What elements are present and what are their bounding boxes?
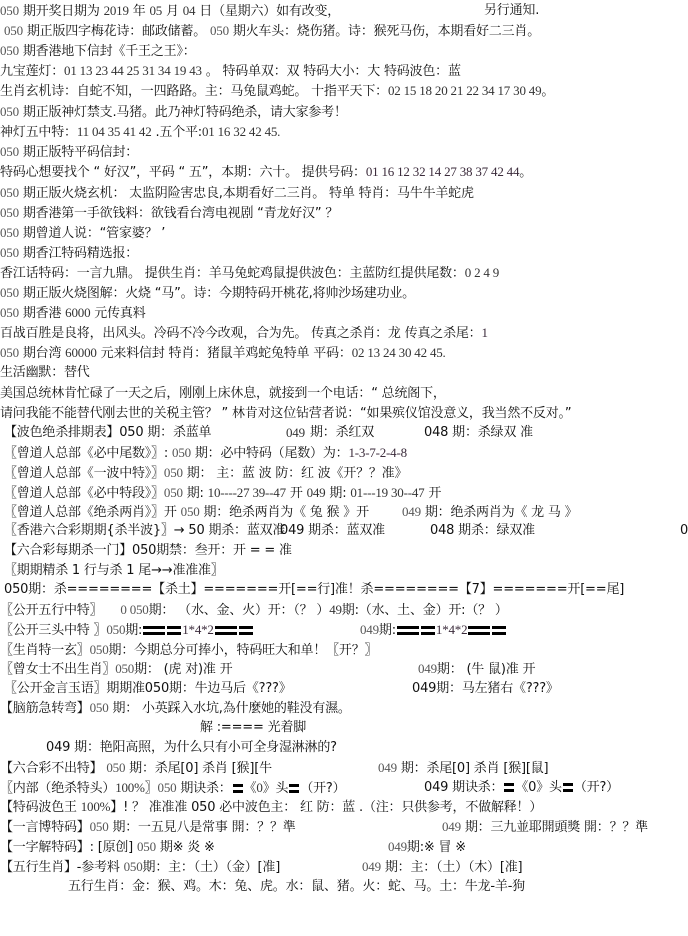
- period-number: 050: [124, 859, 143, 874]
- heads: 1*4*2: [436, 622, 468, 637]
- label: 〖内部（绝杀特头）: [0, 781, 115, 796]
- notice-text: 另行通知.: [484, 2, 539, 20]
- text: 特码心想要找个 “ 好汉”，平码 “ 五”，本期：六十。 提供号码：: [0, 165, 366, 180]
- period-048: 048 期：杀绿双 准: [424, 424, 533, 442]
- period-number: 050: [0, 225, 19, 240]
- line-teaser-answer: 解 :==== 光着脚: [200, 719, 306, 737]
- period-050: 〖公开金言玉语〗期期准050期：牛边马后《???》: [4, 680, 292, 698]
- line-nine-lotus: 九宝莲灯：01 13 23 44 25 31 34 19 43 。 特码单双：双…: [0, 62, 461, 80]
- text: 】! ？ 准准准 050 必中波色主： 红 防：蓝 .（注：只供参考，不做解释！…: [110, 800, 542, 815]
- period-050: 〖香港六合彩期期{杀半波}〗→ 50 期杀：蓝双准: [4, 522, 285, 540]
- bar-icon: [215, 626, 237, 635]
- label: 〖曾道人总部《一波中特》〗: [4, 466, 164, 481]
- text: 》头: [263, 781, 289, 796]
- period-number: 050: [0, 3, 19, 18]
- period-number: 050: [164, 485, 183, 500]
- label: 【特码波色王: [0, 800, 81, 815]
- amount: 6000: [65, 305, 90, 320]
- period-number: 050: [0, 185, 19, 200]
- text: 元传真料: [90, 306, 145, 321]
- line-zodiac-mystery: 〖生肖特一玄〗050期：今期总分可捧小，特码旺大和单！〖开？〗: [0, 641, 377, 659]
- text: 期：一五見八是常事 開：？？準: [109, 820, 296, 835]
- text: 年: [129, 4, 150, 19]
- numbers: 01 16 12 32 14 27 38 37 42 44: [366, 164, 519, 179]
- tail-numbers: 1-3-7-2-4-8: [348, 445, 406, 460]
- period-number: 050: [0, 245, 19, 260]
- period-number: 049: [418, 661, 437, 676]
- text: 期台湾: [19, 346, 65, 361]
- text: 期正版神灯禁支.马猪。此乃神灯特码绝杀，请大家参考！: [19, 105, 347, 120]
- period-number: 050: [4, 23, 23, 38]
- bar-icon: [397, 626, 419, 635]
- text: 期： 小英踩入水坑,為什麼她的鞋没有濕。: [109, 701, 351, 716]
- text: 美国总统林肯忙碌了一天之后，刚刚上床休息，就接到一个电话：“ 总统阁下，: [0, 386, 446, 401]
- month: 05: [149, 3, 162, 18]
- amount: 60000: [65, 345, 97, 360]
- text: 月: [162, 4, 183, 19]
- text: 049 期诀杀：: [424, 780, 503, 795]
- line-five-elements: 〖公开五行中特〗 0 050期： （水、金、火）开：（？ ）49期:（水、土、金…: [0, 601, 508, 619]
- kill-tail: 1: [481, 325, 487, 340]
- text: 期:※ 冒 ※: [407, 840, 466, 855]
- line-lamp-five: 神灯五中特：11 04 35 41 42 .五个平:01 16 32 42 45…: [0, 123, 280, 141]
- text: 期火车头：烧伤猪。诗：猴死马伤，本期看好二三肖。: [229, 24, 540, 39]
- text: 期：绝杀两肖为《 龙 马 》: [421, 505, 578, 520]
- period-number: 050: [90, 700, 109, 715]
- text: 。 特码单双：双 特码大小：大 特码波色：蓝: [202, 64, 461, 79]
- text: 期： (牛 鼠)准 开: [437, 662, 535, 677]
- period-number: 050: [0, 305, 19, 320]
- label: 【一言博特码】: [0, 820, 90, 835]
- period-number: 049: [307, 485, 326, 500]
- period-number: 050: [0, 285, 19, 300]
- numbers: 01 13 23 44 25 31 34 19 43: [64, 63, 202, 78]
- period-number: 050: [115, 661, 134, 676]
- label: 〖曾道人总部《必中特段》〗: [4, 486, 164, 501]
- text: 〗: [145, 781, 158, 796]
- period-number: 050: [0, 144, 19, 159]
- line-taoist-says: 050 期曾道人说：“管家婆？ ’: [0, 224, 165, 242]
- label: 〖曾道人总部《绝杀两肖》〗开: [4, 505, 181, 520]
- text: （开?）: [574, 780, 619, 795]
- text: 期：杀尾[0] 杀肖 [猴][牛: [125, 761, 272, 776]
- period-number: 049: [442, 819, 461, 834]
- line-one-wave: 〖曾道人总部《一波中特》〗050 期： 主：蓝 波 防：红 波《开？？准》: [4, 464, 407, 482]
- period-number: 050: [158, 780, 177, 795]
- period-number: 050: [0, 205, 19, 220]
- line-five-element-legend: 五行生肖：金：猴、鸡。木：兔、虎。水：鼠、猪。火：蛇、马。土：牛龙-羊-狗: [68, 878, 525, 896]
- line-kill-one-gate: 【六合彩每期杀一门】050期禁：叁开：开 = = 准: [4, 542, 292, 560]
- year: 2019: [104, 3, 129, 18]
- line-hundred-battles: 百战百胜是良将，出风头。冷码不冷今改观，合为先。 传真之杀肖：龙 传真之杀尾：1: [0, 324, 488, 342]
- text: 期曾道人说：“管家婆？ ’: [19, 226, 165, 241]
- label: 九宝莲灯：: [0, 64, 64, 79]
- text: 生活幽默：替代: [0, 365, 90, 380]
- bar-icon: [167, 626, 181, 635]
- period-number: 049: [286, 424, 305, 442]
- text: 【六合彩每期杀一门】050期禁：叁开：开 = = 准: [4, 543, 292, 558]
- percent: 100%: [81, 799, 111, 814]
- line-plum-poem: 050 期正版四字梅花诗：邮政储蓄。 050 期火车头：烧伤猪。诗：猴死马伤，本…: [4, 22, 540, 40]
- period-number: 049: [362, 859, 381, 874]
- line-humor-2: 请问我能不能替代刚去世的关税主管？ ” 林肯对这位钻营者说：“如果殡仪馆没意义，…: [0, 405, 571, 423]
- period-050: 【波色绝杀排期表】050 期：杀蓝单: [4, 424, 211, 442]
- heads: 1*4*2: [182, 622, 214, 637]
- label: 【六合彩不出特】: [0, 761, 106, 776]
- text: 请问我能不能替代刚去世的关税主管？ ” 林肯对这位钻营者说：“如果殡仪馆没意义，…: [0, 406, 571, 421]
- label: 〖公开三头中特 〗: [0, 623, 106, 638]
- truncated-text: 0: [680, 522, 688, 540]
- tail-numbers: 0 2 4 9: [465, 265, 499, 280]
- text: 香江话特码：一言九鼎。 提供生肖：羊马兔蛇鸡鼠提供波色：主蓝防红提供尾数：: [0, 266, 465, 281]
- line-kill-row-tail: 〖期期精杀 1 行与杀 1 尾→→准准准〗: [4, 562, 224, 580]
- period-number: 050: [0, 104, 19, 119]
- period-number: 050: [0, 43, 19, 58]
- label: 【五行生肖】-参考料: [0, 860, 124, 875]
- line-humor-title: 生活幽默：替代: [0, 364, 90, 382]
- line-special-segment: 〖曾道人总部《必中特段》〗050 期: 10----27 39--47 开 04…: [4, 484, 441, 502]
- bar-icon: [239, 626, 253, 635]
- numbers: 11 04 35 41 42: [77, 124, 152, 139]
- numbers: 02 13 24 30 42 45.: [352, 345, 446, 360]
- line-taiwan-60000: 050 期台湾 60000 元来料信封 特肖：猪鼠羊鸡蛇兔特单 平码：02 13…: [0, 344, 446, 362]
- line-lamp-ban: 050 期正版神灯禁支.马猪。此乃神灯特码绝杀，请大家参考！: [0, 103, 347, 121]
- lottery-tips-document: 050 期开奖日期为 2019 年 05 月 04 日（星期六）如有改变，另行通…: [0, 0, 688, 936]
- line-hk-6000: 050 期香港 6000 元传真料: [0, 304, 146, 322]
- bar-icon: [421, 626, 435, 635]
- period-048: 048 期杀：绿双准: [430, 522, 535, 540]
- period-number: 050: [106, 622, 125, 637]
- text: 期：今期总分可捧小，特码旺大和单！〖开？〗: [109, 643, 378, 658]
- text: 期:: [325, 486, 350, 501]
- text: 解 :==== 光着脚: [200, 720, 306, 735]
- period-number: 049: [402, 504, 421, 519]
- text: 五行生肖：金：猴、鸡。木：兔、虎。水：鼠、猪。火：蛇、马。土：牛龙-羊-狗: [68, 879, 525, 894]
- label: 〖曾女士不出生肖〗: [0, 662, 115, 677]
- text: 〖期期精杀 1 行与杀 1 尾→→准准准〗: [4, 563, 224, 578]
- period-number: 049: [378, 760, 397, 775]
- text: 《0》头: [515, 780, 561, 795]
- line-hk-first-hand: 050 期香港第一手欲钱料：欲钱看台湾电视剧 “青龙好汉” ？: [0, 204, 338, 222]
- percent: 100%: [115, 780, 145, 795]
- label: 【一字解特码】: [原创]: [0, 840, 137, 855]
- label: 【脑筋急转弯】: [0, 701, 90, 716]
- text: 期香港第一手欲钱料：欲钱看台湾电视剧 “青龙好汉” ？: [19, 206, 338, 221]
- text: 050期：杀========【杀土】=======开[==行]准！杀======…: [4, 582, 624, 597]
- period-number: 050: [210, 23, 229, 38]
- line-teaser-049: 049 期：艳阳高照，为什么只有小可全身湿淋淋的?: [46, 739, 337, 757]
- range: 10----27 39--47: [208, 485, 286, 500]
- label: 〖公开五行中特〗: [0, 603, 106, 618]
- text: 期：主：（土）（金）[准]: [143, 860, 281, 875]
- period-number: 0 050: [120, 602, 148, 617]
- text: .五个平:: [152, 125, 202, 140]
- text: 期： （水、金、火）开：（？ ）: [149, 603, 330, 618]
- period-049: 期：杀红双: [310, 424, 374, 442]
- line-fire-mystery: 050 期正版火烧玄机： 太监阴险害忠良,本期看好二三肖。 特单 特肖：马牛牛羊…: [0, 184, 474, 202]
- bar-icon: [504, 783, 514, 792]
- text: 期香港: [19, 306, 65, 321]
- line-xiangjiang-words: 香江话特码：一言九鼎。 提供生肖：羊马兔蛇鸡鼠提供波色：主蓝防红提供尾数：0 2…: [0, 264, 499, 282]
- text: 期※ 炎 ※: [156, 840, 215, 855]
- period-number: 050: [181, 504, 200, 519]
- line-tail-numbers: 〖曾道人总部《必中尾数》〗: 050 期：必中特码（尾数）为：1-3-7-2-4…: [4, 444, 407, 462]
- text: 开: [286, 486, 307, 501]
- label: 〖曾道人总部《必中尾数》〗:: [4, 446, 172, 461]
- text: 期:: [183, 486, 208, 501]
- period-number: 050: [164, 465, 183, 480]
- period-049: 049期：马左猪右《???》: [412, 680, 559, 698]
- period-number: 050: [90, 819, 109, 834]
- label: 神灯五中特：: [0, 125, 77, 140]
- line-zodiac-poem: 生肖玄机诗：自蛇不知，一四路路。主：马兔鼠鸡蛇。 十指平天下：02 15 18 …: [0, 82, 554, 100]
- line-humor-1: 美国总统林肯忙碌了一天之后，刚刚上床休息，就接到一个电话：“ 总统阁下，: [0, 385, 446, 403]
- numbers: 02 15 18 20 21 22 34 17 30 49: [388, 83, 541, 98]
- line-wave-king: 【特码波色王 100%】! ？ 准准准 050 必中波色主： 红 防：蓝 .（注…: [0, 798, 542, 816]
- text: 《: [244, 781, 257, 796]
- period-number: 050: [106, 760, 125, 775]
- period-number: 049: [388, 839, 407, 854]
- period-number: 050: [0, 345, 19, 360]
- text: 期:: [125, 623, 142, 638]
- day: 04: [183, 3, 196, 18]
- period-049: 049 期杀：蓝双准: [280, 522, 385, 540]
- text: 期：必中特码（尾数）为：: [191, 446, 349, 461]
- period-number: 050: [90, 642, 109, 657]
- line-xiangjiang: 050 期香江特码精选报：: [0, 244, 138, 262]
- line-hero: 特码心想要找个 “ 好汉”，平码 “ 五”，本期：六十。 提供号码：01 16 …: [0, 163, 532, 181]
- text: 期香江特码精选报：: [19, 246, 138, 261]
- text: 期正版四字梅花诗：邮政储蓄。: [23, 24, 210, 39]
- period-number: 49: [329, 602, 342, 617]
- text: 开: [424, 486, 441, 501]
- text: 百战百胜是良将，出风头。冷码不冷今改观，合为先。 传真之杀肖：龙 传真之杀尾：: [0, 326, 481, 341]
- bar-icon: [563, 783, 573, 792]
- text: 期诀杀：: [176, 781, 231, 796]
- line-draw-date: 050 期开奖日期为 2019 年 05 月 04 日（星期六）如有改变，另行通…: [0, 2, 340, 20]
- line-hk-envelope: 050 期香港地下信封《千王之王》：: [0, 42, 196, 60]
- text: 期：三九並耶開頭獎 開：？？準: [461, 820, 648, 835]
- period-number: 050: [172, 445, 191, 460]
- text: 期：主：（土）（木）[准]: [381, 860, 522, 875]
- text: 期：杀尾[0] 杀肖 [猴][鼠]: [397, 761, 549, 776]
- text: 期： (虎 对)准 开: [134, 662, 232, 677]
- text: 期：绝杀两肖为《 兔 猴 》开: [200, 505, 369, 520]
- text: 日（星期六）如有改变，: [195, 4, 340, 19]
- line-special-envelope: 050 期正版特平码信封：: [0, 143, 138, 161]
- text: 期:（水、土、金）开:（？ ）: [342, 603, 508, 618]
- text: 。: [519, 165, 532, 180]
- text: 期正版火烧玄机： 太监阴险害忠良,本期看好二三肖。 特单 特肖：马牛牛羊蛇虎: [19, 186, 474, 201]
- text: 元来料信封 特肖：猪鼠羊鸡蛇兔特单 平码：: [97, 346, 352, 361]
- text: 049 期：艳阳高照，为什么只有小可全身湿淋淋的?: [46, 740, 337, 755]
- text: 。: [541, 84, 554, 99]
- text: 生肖玄机诗：自蛇不知，一四路路。主：马兔鼠鸡蛇。 十指平天下：: [0, 84, 388, 99]
- range: 01---19 30--47: [350, 485, 424, 500]
- bar-icon: [289, 784, 299, 793]
- text: 期香港地下信封《千王之王》：: [19, 44, 196, 59]
- text: （开?）: [300, 781, 345, 796]
- text: 期： 主：蓝 波 防：红 波《开？？准》: [183, 466, 407, 481]
- text: 期正版特平码信封：: [19, 145, 138, 160]
- numbers: 01 16 32 42 45.: [202, 124, 280, 139]
- line-kill-earth: 050期：杀========【杀土】=======开[==行]准！杀======…: [4, 581, 624, 599]
- bar-icon: [143, 626, 165, 635]
- text: 期开奖日期为: [19, 4, 104, 19]
- bar-icon: [468, 626, 490, 635]
- bar-icon: [492, 626, 506, 635]
- period-number: 050: [137, 839, 156, 854]
- bar-icon: [233, 784, 243, 793]
- text: 期:: [379, 623, 396, 638]
- period-number: 049: [360, 622, 379, 637]
- line-brain-teaser: 【脑筋急转弯】050 期： 小英踩入水坑,為什麼她的鞋没有濕。: [0, 699, 351, 717]
- label: 〖生肖特一玄〗: [0, 643, 90, 658]
- text: 期正版火烧图解：火烧 “马”。诗：今期特码开桃花,将帅沙场建功业。: [19, 286, 415, 301]
- line-fire-diagram: 050 期正版火烧图解：火烧 “马”。诗：今期特码开桃花,将帅沙场建功业。: [0, 284, 415, 302]
